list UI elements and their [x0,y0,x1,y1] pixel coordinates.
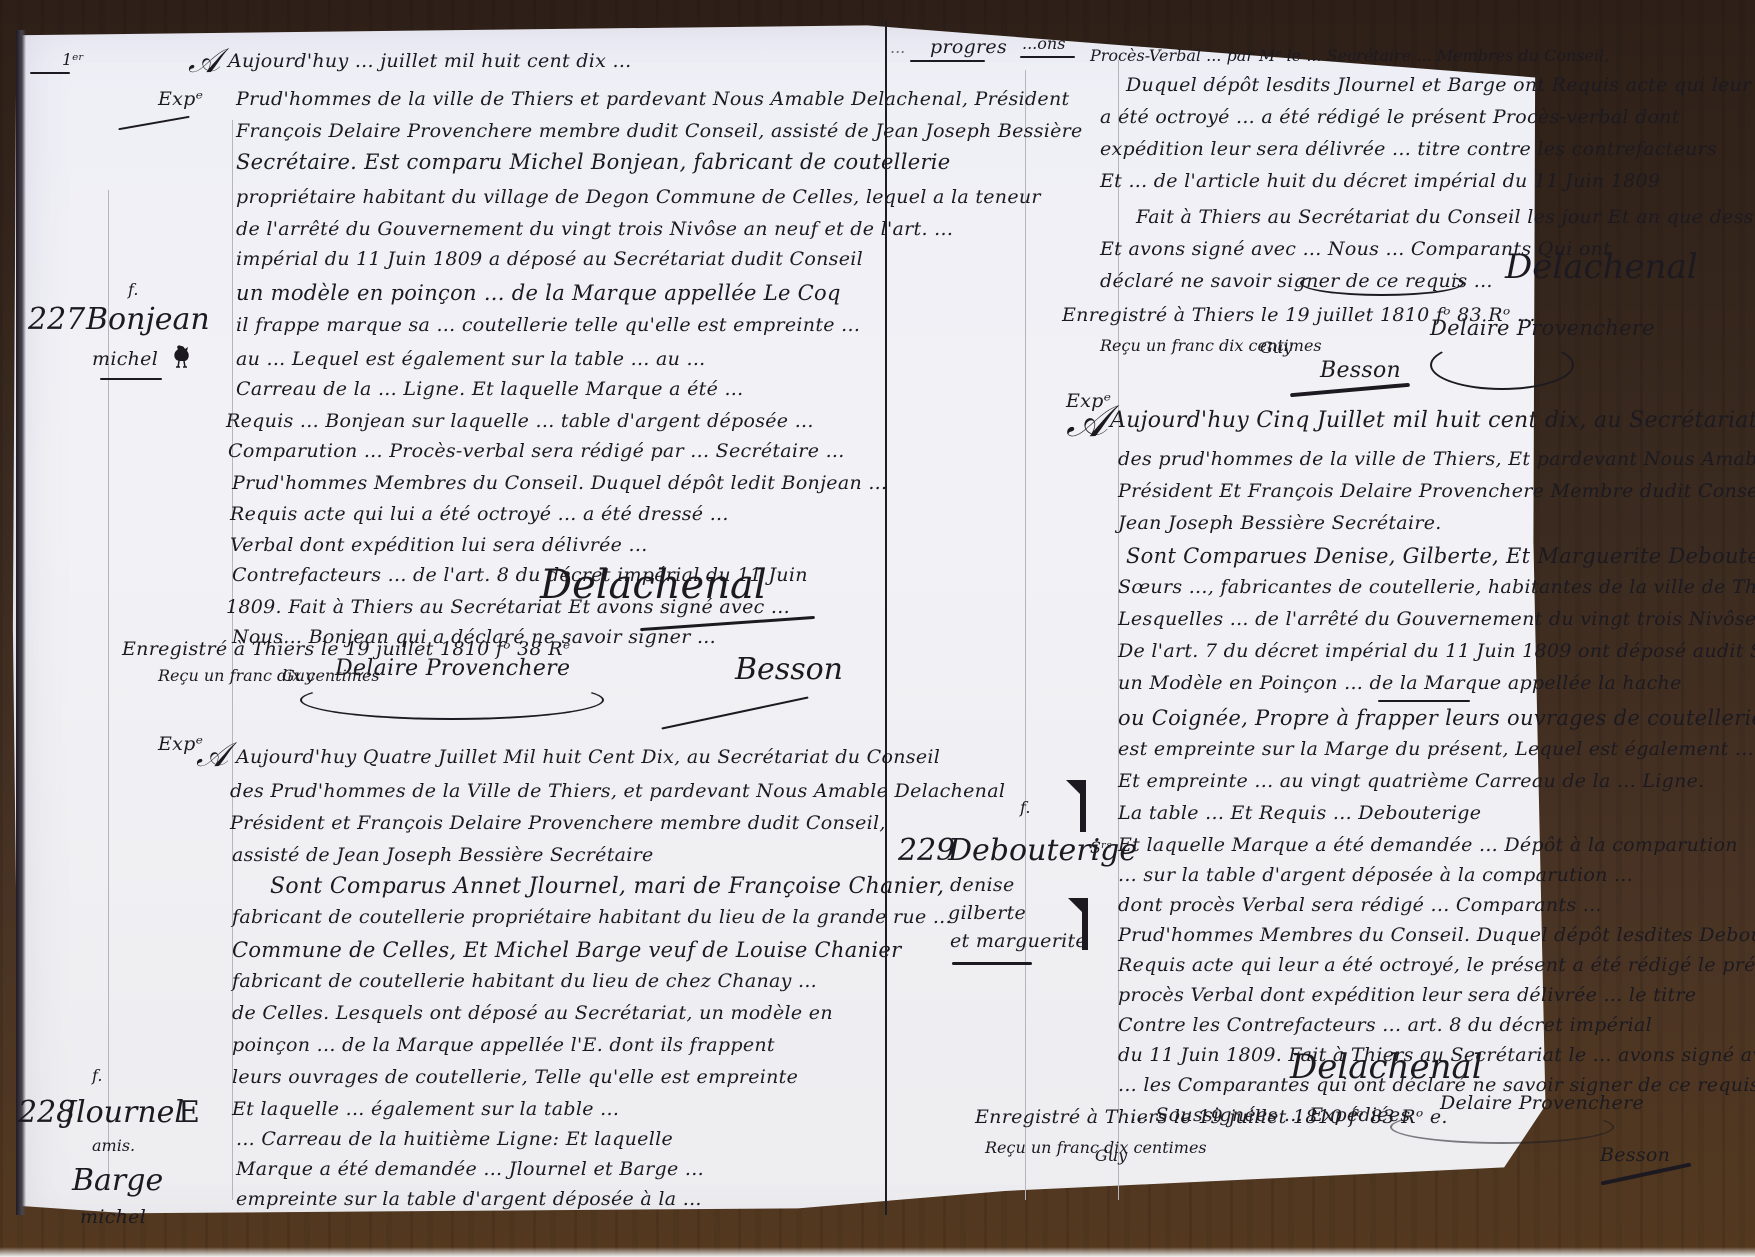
cosignature-flourish [300,680,604,720]
text-line: des prud'hommes de la ville de Thiers, E… [1118,450,1755,469]
text-line: de Celles. Lesquels ont déposé au Secrét… [232,1004,833,1023]
text-line: Prud'hommes de la ville de Thiers et par… [236,90,1069,109]
margin-number-227: 227 [28,305,85,335]
text-line: Et ... de l'article huit du décret impér… [1100,172,1660,191]
column-header-3: ...ons [1022,36,1065,52]
text-line: ... sur la table d'argent déposée à la c… [1118,866,1633,885]
receiver-mark: Guy [282,668,314,684]
text-line: Secrétaire. Est comparu Michel Bonjean, … [236,152,951,173]
text-line: est empreinte sur la Marge du présent, L… [1118,740,1754,759]
text-line: De l'art. 7 du décret impérial du 11 Jui… [1118,642,1755,661]
text-line: Aujourd'huy ... juillet mil huit cent di… [228,52,632,71]
margin-surname-jlournel: Jlournel [64,1098,184,1128]
text-line: Comparution ... Procès-verbal sera rédig… [228,442,845,461]
text-line: expédition leur sera délivrée ... titre … [1100,140,1717,159]
text-line: un Modèle en Poinçon ... de la Marque ap… [1118,674,1682,693]
aujourdhuy-initial: 𝒜 [188,44,220,78]
text-line: Commune de Celles, Et Michel Barge veuf … [232,940,901,961]
text-line: Sont Comparus Annet Jlournel, mari de Fr… [270,876,944,898]
entry-mark: Expᵉ [158,90,203,109]
cosignature-flourish-229 [1390,1110,1614,1144]
signature-delachenal: Delachenal [540,565,767,605]
text-line: Aujourd'huy Quatre Juillet Mil huit Cent… [236,748,940,767]
margin-number-229: 229 [898,836,955,866]
text-line: Jean Joseph Bessière Secrétaire. [1118,514,1442,533]
margin-forename-gilberte: gilberte [948,904,1026,923]
text-line: ou Coignée, Propre à frapper leurs ouvra… [1118,708,1755,729]
text-line: Et laquelle Marque a été demandée ... Dé… [1118,836,1738,855]
aujourdhuy-initial-228: 𝒜 [196,738,228,772]
text-line: propriétaire habitant du village de Dego… [236,188,1041,207]
margin-folio-228: f. [92,1068,102,1084]
rooster-mark-icon [170,342,192,370]
text-line: impérial du 11 Juin 1809 a déposé au Sec… [236,250,863,269]
signature-delachenal-228: Delachenal [1505,250,1698,284]
text-line: Prud'hommes Membres du Conseil. Duquel d… [1118,926,1755,945]
cosignature-besson: Besson [735,655,843,685]
text-line: Président et François Delaire Provencher… [230,814,886,833]
text-line: Prud'hommes Membres du Conseil. Duquel d… [232,474,887,493]
text-line: François Delaire Provenchere membre dudi… [236,122,1083,141]
margin-forename-michel: michel [92,350,158,369]
text-line: dont procès Verbal sera rédigé ... Compa… [1118,896,1602,915]
margin-name-underline-229 [952,962,1032,965]
cosignature-delaire: Delaire Provenchere [335,658,570,680]
text-line: Lesquelles ... de l'arrêté du Gouverneme… [1118,610,1755,629]
text-line: Requis ... Bonjean sur laquelle ... tabl… [226,412,814,431]
text-line: a été octroyé ... a été rédigé le présen… [1100,108,1680,127]
text-line: Requis acte qui lui a été octroyé ... a … [230,505,729,524]
text-line: Et laquelle ... également sur la table .… [232,1100,619,1119]
text-line: des Prud'hommes de la Ville de Thiers, e… [230,782,1005,801]
margin-suffix: Sʳˢ [1090,840,1112,856]
text-line: Verbal dont expédition lui sera délivrée… [230,536,648,555]
receiver-mark-229: Guy [1095,1148,1127,1164]
receiver-mark-228: Guy [1260,340,1292,356]
text-line: de l'arrêté du Gouvernement du vingt tro… [236,220,953,239]
text-line: Et empreinte ... au vingt quatrième Carr… [1118,772,1705,791]
header-rule [30,72,70,74]
flag-mark-icon [1080,780,1086,832]
text-line: Carreau de la ... Ligne. Et laquelle Mar… [236,380,743,399]
margin-mark-letter-e: E [178,1098,200,1128]
margin-surname-barge: Barge [72,1166,163,1196]
text-line: ... Carreau de la huitième Ligne: Et laq… [236,1130,673,1149]
text-line: leurs ouvrages de coutellerie, Telle qu'… [232,1068,798,1087]
margin-folio-229: f. [1020,800,1030,816]
text-line: procès Verbal dont expédition leur sera … [1118,986,1696,1005]
right-margin-rule-1 [1025,70,1026,1200]
cosignature-delaire-228: Delaire Provenchere [1430,318,1655,339]
text-line: Duquel dépôt lesdits Jlournel et Barge o… [1126,76,1752,95]
left-margin-rule [108,190,109,1190]
margin-forename-denise: denise [950,876,1015,895]
margin-code: 1ᵉʳ [62,52,84,68]
margin-connector: amis. [92,1138,135,1154]
text-line: fabricant de coutellerie habitant du lie… [232,972,817,991]
text-line: Requis acte qui leur a été octroyé, le p… [1118,956,1755,975]
text-line: fabricant de coutellerie propriétaire ha… [232,908,952,927]
text-line: poinçon ... de la Marque appellée l'E. d… [232,1036,775,1055]
signature-flourish-228 [1300,270,1464,296]
flag-mark-icon-2 [1082,898,1088,950]
text-line: il frappe marque sa ... coutellerie tell… [236,316,860,335]
text-line: empreinte sur la table d'argent déposée … [236,1190,702,1209]
text-line: Sont Comparues Denise, Gilberte, Et Marg… [1126,546,1755,567]
text-line: un modèle en poinçon ... de la Marque ap… [236,283,841,304]
cosignature-besson-229: Besson [1600,1146,1670,1165]
margin-surname-bonjean: Bonjean [86,305,210,335]
column-header-progres: progres [930,38,1007,57]
cosignature-flourish-228 [1430,340,1574,390]
text-line: au ... Lequel est également sur la table… [236,350,706,369]
margin-forename-michel-barge: michel [80,1208,146,1227]
left-binding-edge [16,30,26,1215]
margin-forename-marguerite: et marguerite [950,932,1087,951]
margin-name-underline [100,378,162,380]
signature-delachenal-229: Delachenal [1290,1050,1483,1084]
column-header-1: ... [890,40,905,56]
cosignature-besson-228: Besson [1320,360,1401,382]
mark-name-underline [1378,700,1470,702]
text-line: Marque a été demandée ... Jlournel et Ba… [236,1160,704,1179]
text-line: Sœurs ..., fabricantes de coutellerie, h… [1118,578,1755,597]
text-line: Fait à Thiers au Secrétariat du Conseil … [1136,208,1755,227]
text-line: assisté de Jean Joseph Bessière Secrétai… [232,846,654,865]
photo-border [0,1247,1755,1257]
text-line: Aujourd'huy Cinq Juillet mil huit cent d… [1110,410,1755,432]
text-line: La table ... Et Requis ... Debouterige [1118,804,1481,823]
text-line: Contre les Contrefacteurs ... art. 8 du … [1118,1016,1652,1035]
text-line: Président Et François Delaire Provencher… [1118,482,1755,501]
text-line: Procès-Verbal ... par Mᵉ le ... Secrétai… [1090,48,1609,64]
margin-folio-227: f. [128,282,138,298]
aujourdhuy-initial-229: 𝒜 [1066,400,1108,444]
column-header-rule-1 [910,60,985,62]
registration-229-line-1: Enregistré à Thiers le 19 juillet 1810 f… [975,1108,1448,1127]
column-header-rule-2 [1020,56,1075,58]
